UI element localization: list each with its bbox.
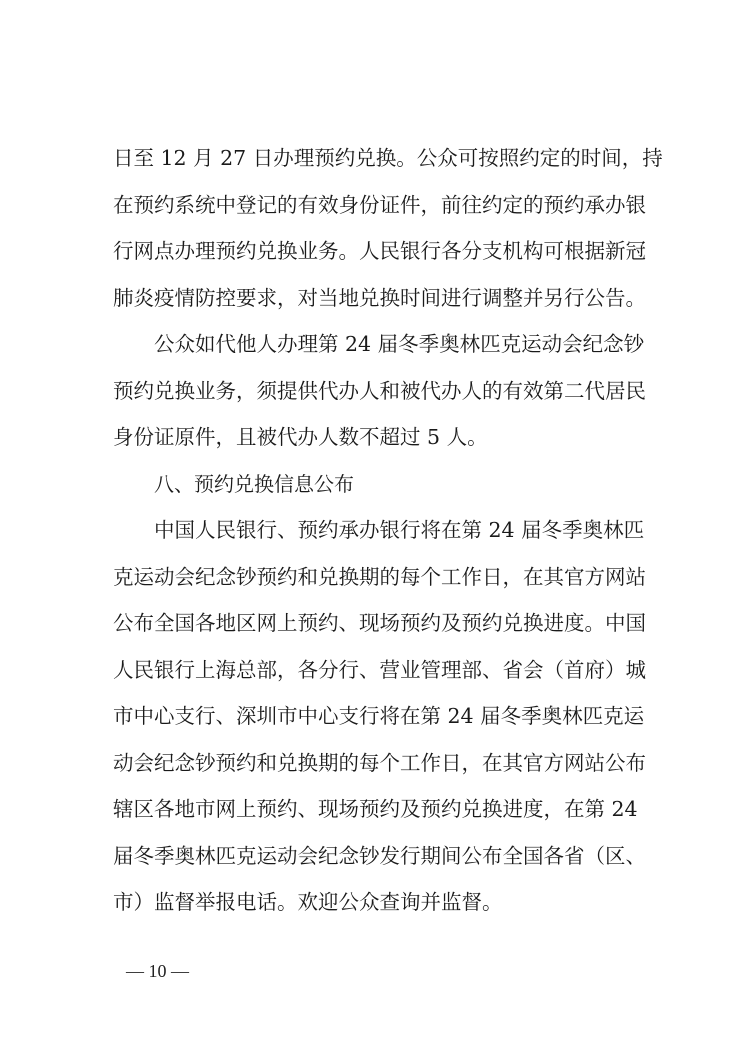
- text-line: 辖区各地市网上预约、现场预约及预约兑换进度，在第 24: [113, 786, 633, 833]
- text-line: 日至 12 月 27 日办理预约兑换。公众可按照约定的时间，持: [113, 135, 633, 182]
- paragraph-continuation: 日至 12 月 27 日办理预约兑换。公众可按照约定的时间，持 在预约系统中登记…: [113, 135, 633, 321]
- text-line: 预约兑换业务，须提供代办人和被代办人的有效第二代居民: [113, 368, 633, 415]
- text-line: 肺炎疫情防控要求，对当地兑换时间进行调整并另行公告。: [113, 275, 633, 322]
- text-line: 公众如代他人办理第 24 届冬季奥林匹克运动会纪念钞: [113, 321, 633, 368]
- page-number: — 10 —: [126, 961, 189, 982]
- text-line: 人民银行上海总部，各分行、营业管理部、省会（首府）城: [113, 647, 633, 694]
- section-heading: 八、预约兑换信息公布: [113, 461, 633, 508]
- text-line: 届冬季奥林匹克运动会纪念钞发行期间公布全国各省（区、: [113, 833, 633, 880]
- text-line: 中国人民银行、预约承办银行将在第 24 届冬季奥林匹: [113, 507, 633, 554]
- text-line: 克运动会纪念钞预约和兑换期的每个工作日，在其官方网站: [113, 554, 633, 601]
- text-line: 市中心支行、深圳市中心支行将在第 24 届冬季奥林匹克运: [113, 693, 633, 740]
- paragraph-proxy-exchange: 公众如代他人办理第 24 届冬季奥林匹克运动会纪念钞 预约兑换业务，须提供代办人…: [113, 321, 633, 461]
- paragraph-info-publication: 中国人民银行、预约承办银行将在第 24 届冬季奥林匹 克运动会纪念钞预约和兑换期…: [113, 507, 633, 926]
- text-line: 市）监督举报电话。欢迎公众查询并监督。: [113, 879, 633, 926]
- text-line: 身份证原件，且被代办人数不超过 5 人。: [113, 414, 633, 461]
- text-line: 动会纪念钞预约和兑换期的每个工作日，在其官方网站公布: [113, 740, 633, 787]
- text-line: 公布全国各地区网上预约、现场预约及预约兑换进度。中国: [113, 600, 633, 647]
- document-body: 日至 12 月 27 日办理预约兑换。公众可按照约定的时间，持 在预约系统中登记…: [113, 135, 633, 926]
- document-page: 日至 12 月 27 日办理预约兑换。公众可按照约定的时间，持 在预约系统中登记…: [0, 0, 740, 1047]
- text-line: 在预约系统中登记的有效身份证件，前往约定的预约承办银: [113, 182, 633, 229]
- text-line: 行网点办理预约兑换业务。人民银行各分支机构可根据新冠: [113, 228, 633, 275]
